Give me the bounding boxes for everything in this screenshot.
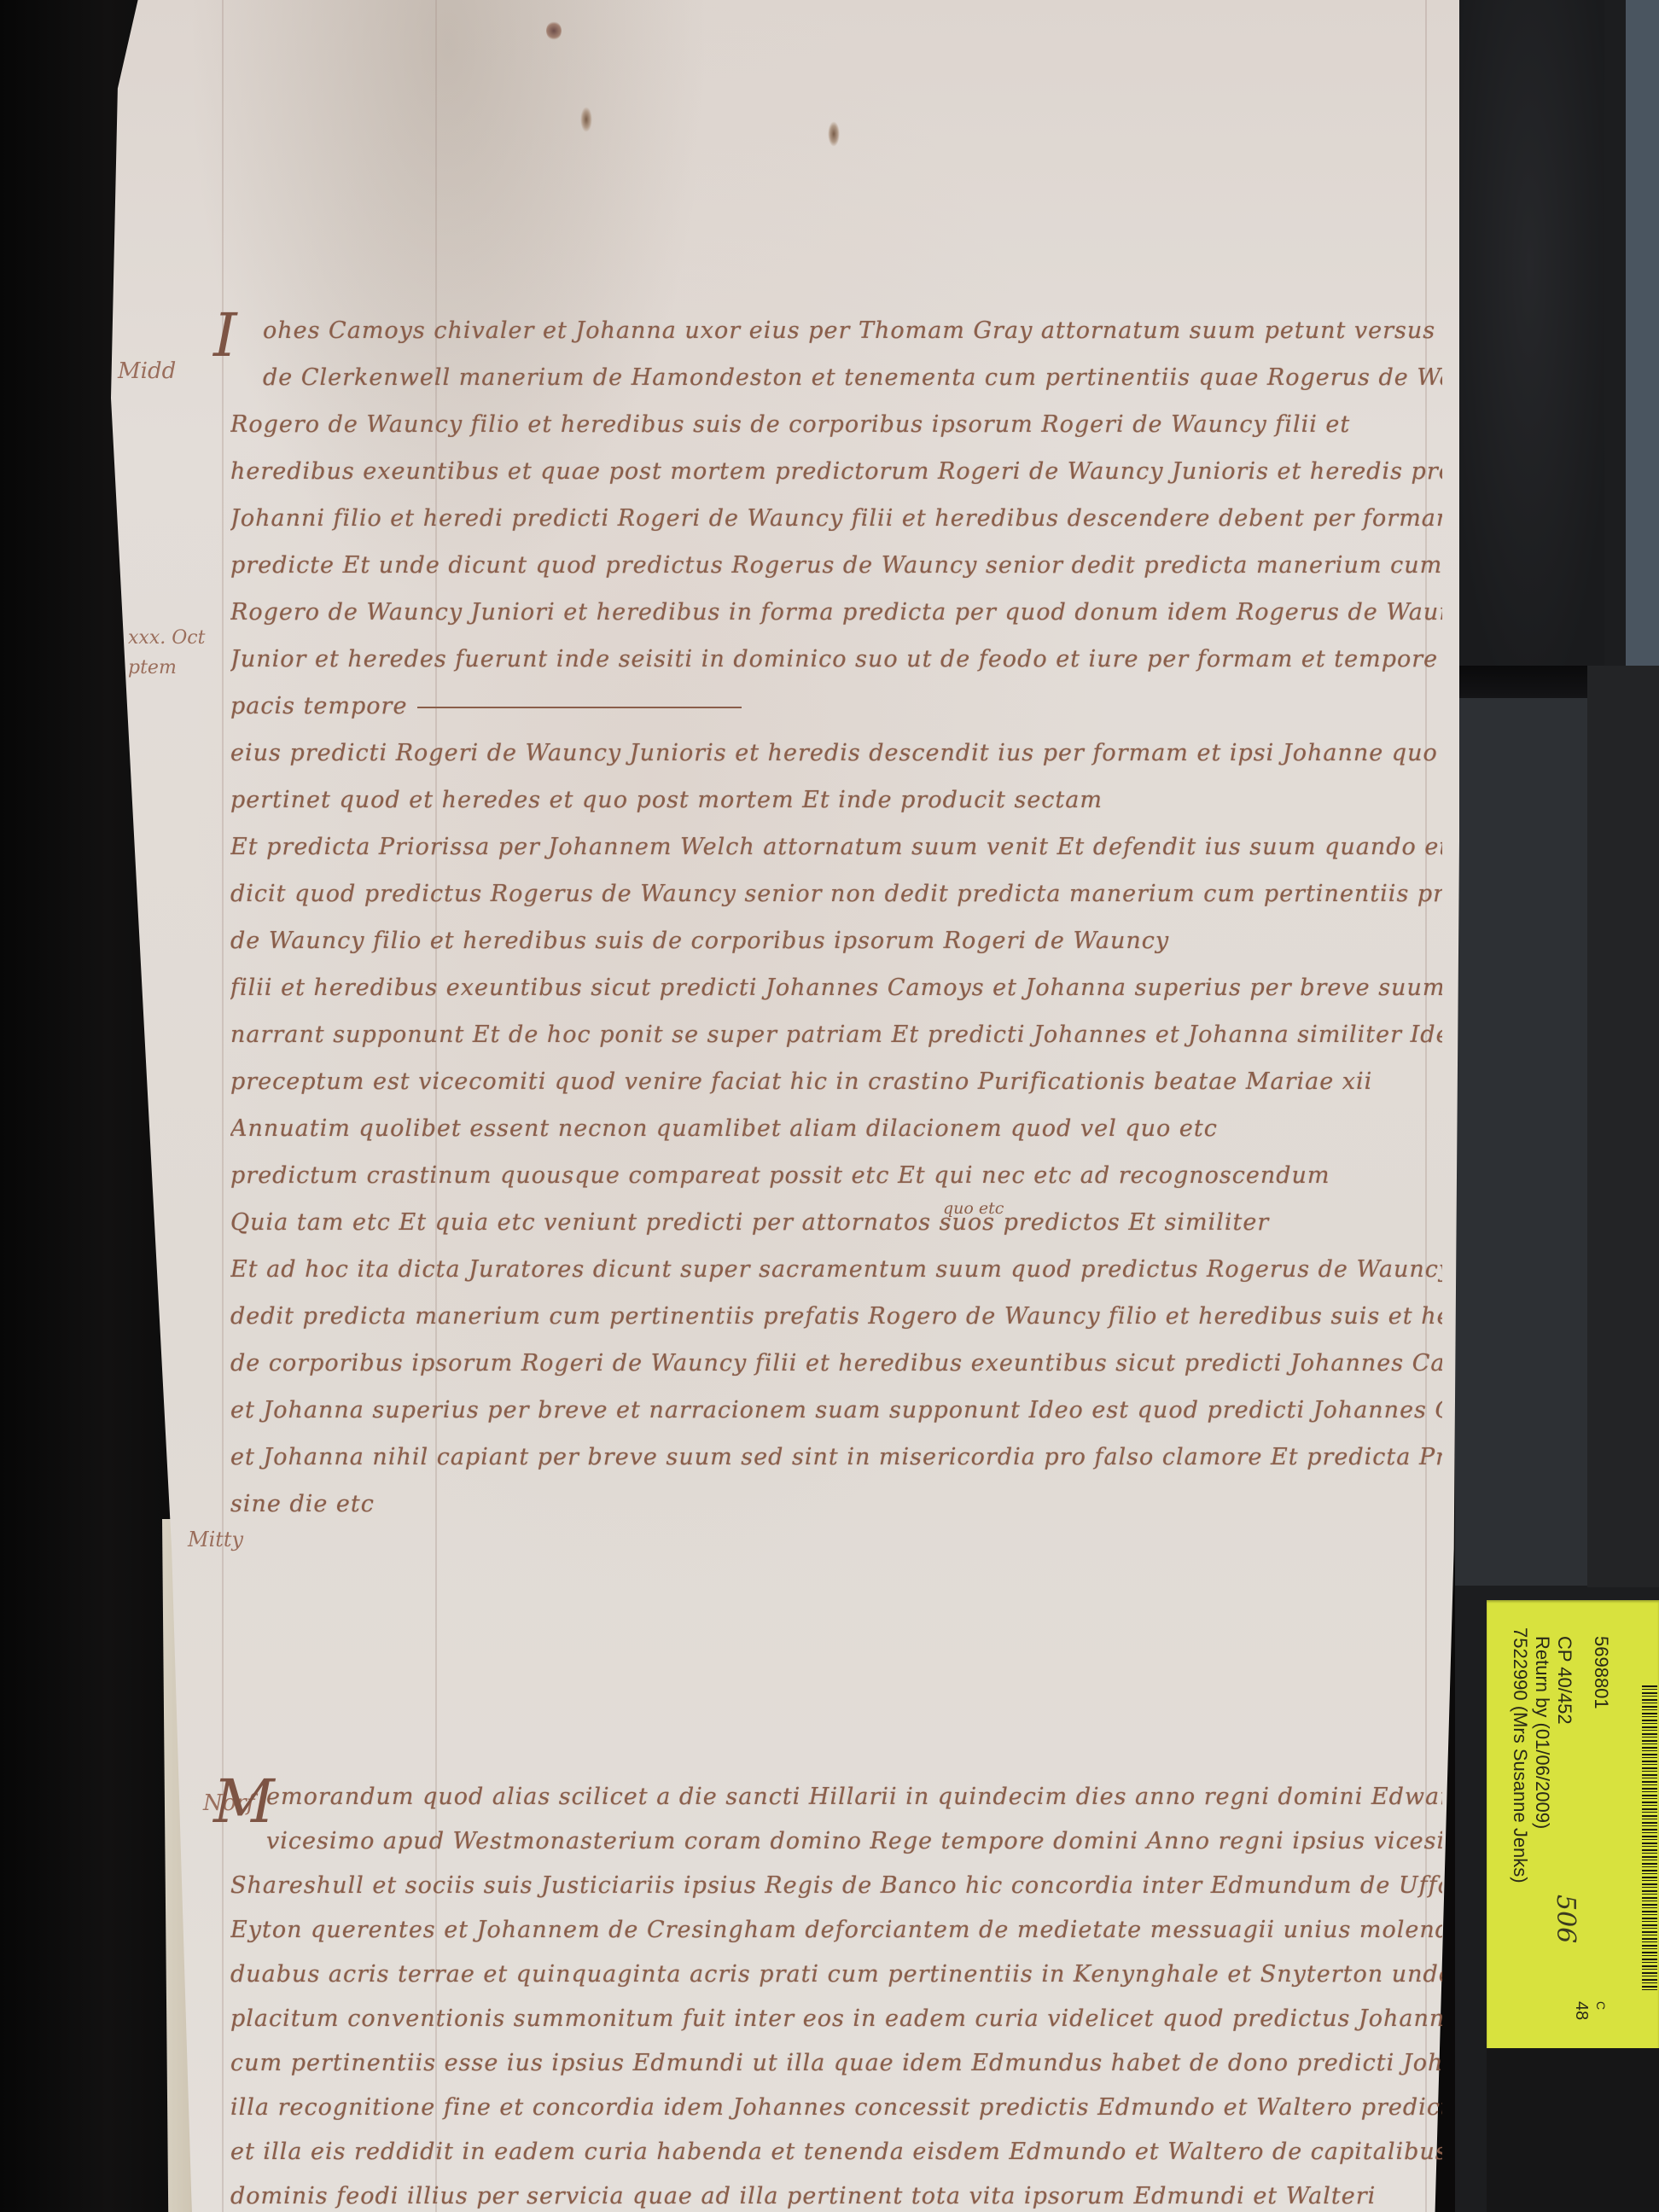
plea-entry-1: I ohes Camoys chivaler et Johanna uxor e…: [230, 307, 1442, 1528]
text-line: vicesimo apud Westmonasterium coram domi…: [230, 1819, 1442, 1864]
text-line: de Wauncy filio et heredibus suis de cor…: [230, 917, 1442, 964]
text-line: Et predicta Priorissa per Johannem Welch…: [230, 824, 1442, 870]
interlinear-insertion: quo etc: [943, 1199, 1004, 1218]
text-line: preceptum est vicecomiti quod venire fac…: [230, 1058, 1442, 1105]
text-line: eius predicti Rogeri de Wauncy Junioris …: [230, 730, 1442, 777]
foam-rough-edge: [1587, 666, 1659, 1587]
text-line: Quia tam etc Et quia etc veniunt predict…: [230, 1199, 1442, 1246]
text-line: cum pertinentiis esse ius ipsius Edmundi…: [230, 2041, 1442, 2086]
text-line: Et ad hoc ita dicta Juratores dicunt sup…: [230, 1246, 1442, 1293]
text-line: Annuatim quolibet essent necnon quamlibe…: [230, 1105, 1442, 1152]
text-line: filii et heredibus exeuntibus sicut pred…: [230, 964, 1442, 1011]
text-line: Rogero de Wauncy filio et heredibus suis…: [230, 401, 1442, 448]
text-line: dedit predicta manerium cum pertinentiis…: [230, 1293, 1442, 1340]
label-content: 5698801 C 48 CP 40/452 Return by (01/06/…: [1487, 1600, 1659, 2048]
text-line-with-gap: pacis tempore: [230, 683, 1442, 730]
text-line: dicit quod predictus Rogerus de Wauncy s…: [230, 870, 1442, 917]
label-reference: CP 40/452: [1553, 1636, 1575, 1725]
text-line: duabus acris terrae et quinquaginta acri…: [230, 1953, 1442, 1997]
text-line: illa recognitione fine et concordia idem…: [230, 2086, 1442, 2130]
text-line: emorandum quod alias scilicet a die sanc…: [230, 1775, 1442, 1819]
text-line: predicte Et unde dicunt quod predictus R…: [230, 542, 1442, 589]
label-return-by: Return by (01/06/2009): [1531, 1636, 1553, 1829]
text-line: et Johanna nihil capiant per breve suum …: [230, 1434, 1442, 1481]
text-line: heredibus exeuntibus et quae post mortem…: [230, 448, 1442, 495]
foam-step: [1443, 666, 1604, 698]
label-sheet-number: 48: [1570, 2001, 1592, 2020]
archive-retrieval-label: 5698801 C 48 CP 40/452 Return by (01/06/…: [1487, 1600, 1659, 2048]
text-line: Rogero de Wauncy Juniori et heredibus in…: [230, 589, 1442, 636]
text-line: de Clerkenwell manerium de Hamondeston e…: [230, 354, 1442, 401]
text-fragment: pacis tempore: [230, 693, 407, 719]
foam-lower-block: [1455, 698, 1587, 1586]
text-line: narrant supponunt Et de hoc ponit se sup…: [230, 1011, 1442, 1058]
text-line: Shareshull et sociis suis Justiciariis i…: [230, 1864, 1442, 1908]
margin-note-county: Midd: [118, 358, 176, 384]
text-line: ohes Camoys chivaler et Johanna uxor eiu…: [230, 307, 1442, 354]
label-document-id: 5698801: [1590, 1636, 1612, 1709]
plea-entry-2: M emorandum quod alias scilicet a die sa…: [230, 1775, 1442, 2212]
barcode: [1642, 1685, 1657, 1993]
label-reader: 7522990 (Mrs Susanne Jenks): [1509, 1627, 1531, 1883]
blank-space-line: [417, 707, 742, 708]
pin-hole: [828, 121, 840, 147]
text-line: de corporibus ipsorum Rogeri de Wauncy f…: [230, 1340, 1442, 1387]
margin-note-term: ptem: [128, 657, 177, 678]
dark-background-bottom-right: [1487, 2048, 1659, 2212]
text-line: dominis feodi illius per servicia quae a…: [230, 2174, 1442, 2212]
pin-hole: [580, 107, 592, 132]
text-line: predictum crastinum quousque compareat p…: [230, 1152, 1442, 1199]
label-corner-mark: C: [1590, 2001, 1612, 2010]
label-handwritten-number: 506: [1551, 1895, 1580, 1943]
foam-upper-block: [1455, 0, 1604, 666]
text-line: placitum conventionis summonitum fuit in…: [230, 1997, 1442, 2041]
text-line: Johanni filio et heredi predicti Rogeri …: [230, 495, 1442, 542]
text-line: sine die etc: [230, 1481, 1442, 1528]
text-line: et illa eis reddidit in eadem curia habe…: [230, 2130, 1442, 2174]
margin-note-date: xxx. Oct: [128, 627, 205, 649]
text-line: pertinet quod et heredes et quo post mor…: [230, 777, 1442, 824]
text-line: Eyton querentes et Johannem de Cresingha…: [230, 1908, 1442, 1953]
ink-stain: [546, 21, 562, 40]
margin-note-closing: Mitty: [188, 1528, 243, 1551]
text-line: et Johanna superius per breve et narraci…: [230, 1387, 1442, 1434]
text-line: Junior et heredes fuerunt inde seisiti i…: [230, 636, 1442, 683]
